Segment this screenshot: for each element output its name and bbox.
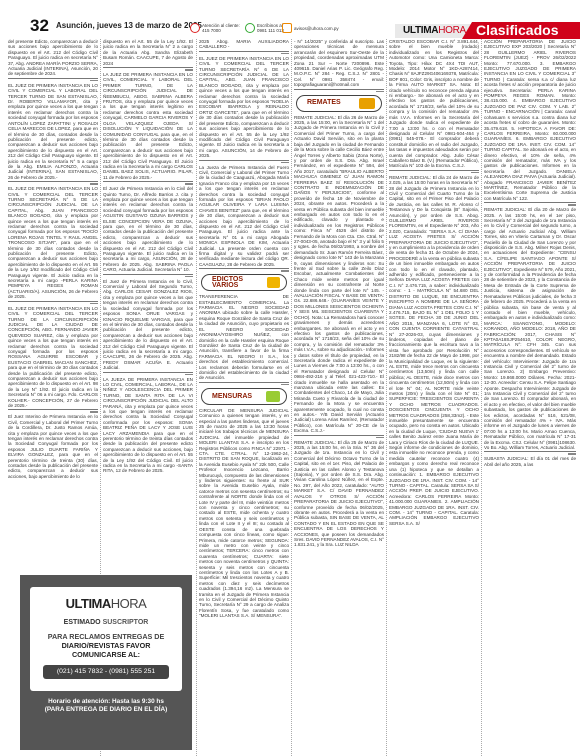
headline-light: SUSCRIPTOR [103,619,149,626]
notice-separator [103,181,193,184]
brand-bold: ULTIMA [403,25,438,36]
email-contact: avisos@uhora.com.py [282,20,339,36]
notice: REMATE JUDICIAL: El día 25 de Marzo de 2… [294,440,384,548]
section-tag-icon [266,391,280,402]
notice-separator [8,301,98,304]
page-header: 32 Asunción, jueves 13 de marzo de 2025 … [0,0,580,38]
promo-brand-logo: ULTIMAHORA [30,596,182,611]
notice: dispuesto en el Art. 55 de la Ley 1/92. … [103,39,193,66]
hours-line: Horario de atención: Hasta las 9:30 hs [26,698,186,706]
notice: REMATE JUDICIAL: El día 24 de Marzo de 2… [389,175,479,526]
phone-icon [190,23,200,33]
column-divider [481,39,482,756]
brand-logo: ULTIMAHORA [403,25,466,36]
brand-light: HORA [438,25,466,36]
notice-separator [484,202,576,205]
notice-separator [199,382,289,385]
notice: REMATE JUDICIAL: El día 20 de Marzo de 2… [484,207,576,450]
notice-separator [8,78,98,81]
notice: CIRCULAR DE MENSURA JUDICIAL Comunico a … [199,408,289,619]
notice: ACCIÓN PREPARATORIA DE JUICIO EJECUTIVO … [484,39,576,201]
column-2: dispuesto en el Art. 55 de la Ley 1/92. … [103,39,193,569]
promo-text-line: DIARIO/REVISTAS FAVOR [30,641,182,650]
notice: El Juez de Primera Instancia en lo Civil… [103,279,193,371]
column-4: - N° 14/2025" y conferida al suscripto. … [294,39,384,756]
section-label: EDICTOS VARIOS [212,277,267,288]
customer-service-contact: Atención al cliente:415 7000 [190,20,240,36]
notice: El Juez Interino de Primera Instancia en… [8,414,98,479]
notice-separator [199,160,289,163]
notice: EL JUEZ DE PRIMERA INSTANCIA EN LO CIVIL… [8,83,98,180]
hours-line: (PARA ENTREGA DE DIARIO EN EL DÍA) [26,706,186,714]
whatsapp-icon [245,23,255,33]
section-header-mensuras: MENSURAS [201,388,287,405]
section-title: Clasificados [462,22,580,39]
column-3: 2025 Abog. MARIA AUXILIADORA CABALLERO -… [199,39,289,756]
notice: TRANSFERENCIA DE ESTABLECIMIENTO COMERCI… [199,294,289,381]
notice: CRISTALDO ESCOBAR C.I. N° 3.891.644, sob… [389,39,479,169]
whatsapp-contact: Escríbinos al0981 111 013 [245,20,284,36]
brand-light: HORA [111,596,147,611]
notice: LA JUEZA DE PRIMERA INSTANCIA EN LO CIVI… [103,377,193,474]
promo-phone-numbers: (021) 415 7832 - (0981) 555 251 [43,665,169,679]
section-tag-icon [267,277,280,288]
column-1: del presente Edicto, comparezcan a deduc… [8,39,98,569]
page-number: 32 [30,16,49,36]
notice: del presente Edicto, comparezcan a deduc… [8,39,98,77]
notice-separator [294,435,384,438]
promo-text-line: COMUNICARSE AL: [30,650,182,659]
promo-text-line: PARA RECLAMOS ENTREGAS DE [30,632,182,641]
promo-headline: ESTIMADO SUSCRIPTOR [30,619,182,626]
subscriber-promo-box: ULTIMAHORA ESTIMADO SUSCRIPTOR PARA RECL… [20,575,192,750]
promo-hours: Horario de atención: Hasta las 9:30 hs (… [26,698,186,714]
notice: LA JUEZ DE PRIMERA INSTANCIA EN LO CIVIL… [103,72,193,180]
brand-bold: ULTIMA [66,596,111,611]
notice-separator [484,451,576,454]
notice-separator [103,67,193,70]
mail-icon [282,23,292,33]
notice: REMATE JUDICIAL: El día 26 de Marzo de 2… [294,115,384,434]
notice: EL JUEZ DE PRIMERA INSTANCIA EN LO CIVIL… [8,306,98,409]
column-5: CRISTALDO ESCOBAR C.I. N° 3.891.644, sob… [389,39,479,756]
notice-separator [8,181,98,184]
notice: 2025 Abog. MARIA AUXILIADORA CABALLERO - [199,39,289,50]
notice-separator [103,372,193,375]
section-header-edictos-varios: EDICTOS VARIOS [201,274,287,291]
section-header-remates: REMATES [296,95,382,112]
notice: - N° 14/2025" y conferida al suscripto. … [294,39,384,88]
column-divider [386,39,387,756]
gavel-icon [359,98,375,109]
contact-value: 415 7000 [202,28,240,33]
notice: EL JUEZ DE PRIMERA INSTANCIA EN LO CIVIL… [199,56,289,159]
promo-card: ULTIMAHORA ESTIMADO SUSCRIPTOR PARA RECL… [30,587,182,691]
notice-separator [8,409,98,412]
notice-separator [389,170,479,173]
notice: La Jueza de Primera Instancia del Fuero … [199,165,289,268]
notice-separator [294,89,384,92]
column-divider [291,39,292,756]
section-label: MENSURAS [212,394,252,399]
contact-value: avisos@uhora.com.py [294,26,339,31]
notice: SUBASTA JUDICIAL: El día 01 del mes de A… [484,456,576,467]
notice: El Juez de Primera Instancia en lo Civil… [103,186,193,273]
headline-bold: ESTIMADO [64,619,101,626]
issue-date: Asunción, jueves 13 de marzo de 2025 [56,21,202,30]
notice-separator [103,274,193,277]
notice-separator [199,51,289,54]
section-label: REMATES [307,100,341,105]
contact-value: 0981 111 013 [257,28,284,33]
column-divider [196,39,197,756]
notice: EL JUEZ DE PRIMERA INSTANCIA EN LO CIVIL… [8,186,98,300]
notice-separator [199,268,289,271]
column-6: ACCIÓN PREPARATORIA DE JUICIO EJECUTIVO … [484,39,576,756]
